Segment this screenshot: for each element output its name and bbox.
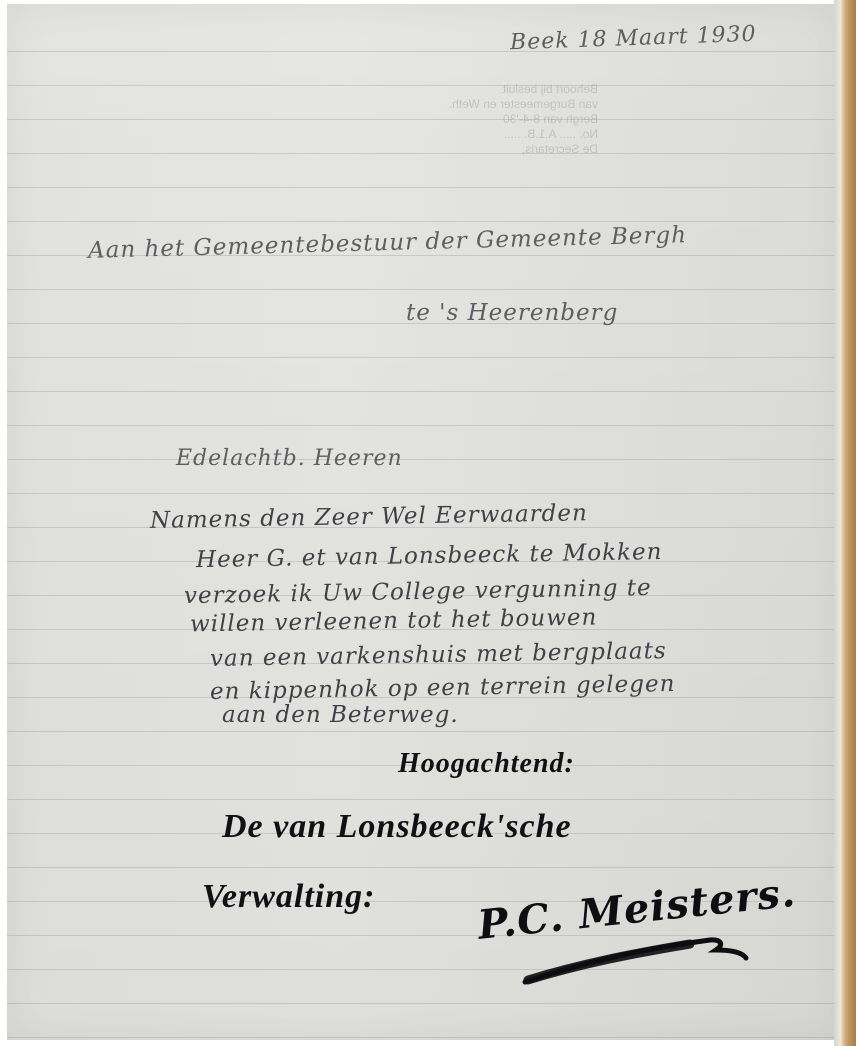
show-through-line: Bergh van 8-4-'30: [418, 112, 598, 127]
body-line-7: aan den Beterweg.: [222, 702, 459, 728]
signature-line-2: Verwalting:: [202, 878, 375, 916]
show-through-line: No. ..... A.1.B. .....: [418, 127, 598, 142]
show-through-line: van Burgemeester en Weth.: [418, 97, 598, 112]
show-through-stamp: Behoort bij besluit van Burgemeester en …: [418, 82, 598, 157]
addressee-line-2: te 's Heerenberg: [406, 300, 618, 326]
show-through-line: Behoort bij besluit: [418, 82, 598, 97]
salutation: Edelachtb. Heeren: [176, 446, 403, 471]
page-edge: [834, 0, 841, 1046]
signature-line-1: De van Lonsbeeck'sche: [222, 808, 572, 846]
desk-surface: [841, 0, 856, 1046]
show-through-line: De Secretaris,: [418, 142, 598, 157]
closing: Hoogachtend:: [398, 748, 575, 780]
signature-underline-flourish: [520, 930, 750, 990]
